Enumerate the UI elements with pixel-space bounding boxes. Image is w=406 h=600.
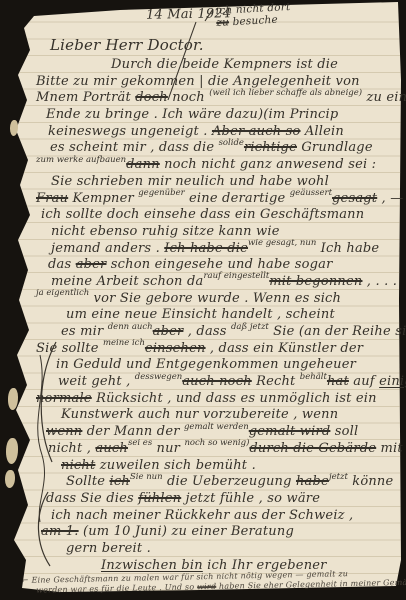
- text-segment: noch: [168, 90, 209, 105]
- text-segment: , dass ein Künstler der: [206, 341, 364, 356]
- text-segment: mit .: [376, 441, 406, 456]
- text-segment: durch die Gebärde: [249, 441, 376, 456]
- text-segment: Allein: [301, 124, 344, 139]
- handwritten-line: in Geduld und Entgegenkommen ungeheuer: [36, 357, 402, 374]
- text-segment: noch so wenig): [184, 438, 249, 448]
- text-segment: wenn: [46, 424, 82, 439]
- torn-edge-fleck: [10, 120, 18, 136]
- text-segment: aber: [153, 324, 184, 339]
- text-segment: wie gesagt, nun: [248, 238, 316, 248]
- text-segment: doch: [135, 90, 168, 105]
- text-segment: nicht ,: [48, 441, 95, 456]
- handwritten-line: jemand anders . Ich habe diewie gesagt, …: [36, 241, 402, 258]
- text-segment: gemalt wird: [249, 424, 331, 439]
- torn-edge-fleck: [8, 388, 18, 410]
- text-segment: gemalt werden: [184, 422, 249, 432]
- letter-body: Durch die beide Kempners ist dieBitte zu…: [36, 57, 402, 574]
- text-segment: jetzt fühle , so wäre: [181, 491, 320, 506]
- text-segment: soll: [330, 424, 358, 439]
- text-segment: behält: [300, 372, 327, 382]
- handwritten-line: Ende zu bringe . Ich wäre dazu)(im Princ…: [36, 107, 402, 124]
- text-segment: einsehen: [145, 341, 206, 356]
- text-segment: richtige: [244, 140, 297, 155]
- photo-background: 14 Mai 1924 ich nicht dortzu besuche Lie…: [0, 0, 406, 600]
- text-segment: Aber auch so: [212, 124, 301, 139]
- text-segment: gegenüber: [138, 188, 184, 198]
- text-segment: Rücksicht , und dass es unmöglich ist ei…: [92, 391, 377, 406]
- text-segment: Bitte zu mir gekommen | die Angelegenhei…: [36, 74, 360, 89]
- handwritten-line: zum werke aufbauendann noch nicht ganz a…: [36, 157, 402, 174]
- text-segment: schon eingesehe und habe sogar: [106, 257, 332, 272]
- text-segment: meine Arbeit schon da: [51, 274, 203, 289]
- text-segment: Durch die beide Kempners ist die: [111, 57, 338, 72]
- text-segment: zuweilen sich bemüht .: [95, 458, 255, 473]
- handwritten-line: ja eigentlich vor Sie gebore wurde . Wen…: [36, 291, 402, 308]
- text-segment: nur: [152, 441, 184, 456]
- text-segment: ja eigentlich: [36, 288, 89, 298]
- text-segment: auf: [349, 374, 379, 389]
- text-segment: Sie sollte: [36, 341, 103, 356]
- handwritten-line: weit geht , desswegenauch noch Recht beh…: [36, 374, 402, 391]
- text-segment: habe: [296, 474, 329, 489]
- text-segment: aber: [76, 257, 107, 272]
- torn-edge-fleck: [5, 470, 15, 488]
- handwritten-line: es mir denn auchaber , dass daß jetzt Si…: [36, 324, 402, 341]
- text-segment: eine derartige: [185, 191, 290, 206]
- text-segment: es mir: [61, 324, 108, 339]
- text-segment: daß jetzt: [231, 322, 269, 332]
- text-segment: fühlen: [138, 491, 181, 506]
- text-segment: auch: [95, 441, 128, 456]
- handwritten-line: meine Arbeit schon darauf eingestelltmit…: [36, 274, 402, 291]
- text-segment: Ich habe: [316, 241, 379, 256]
- text-segment: auch noch: [182, 374, 252, 389]
- text-segment: rauf eingestellt: [203, 271, 269, 281]
- text-segment: sei es: [128, 438, 152, 448]
- text-segment: zu: [216, 16, 229, 29]
- text-segment: besuche: [229, 14, 278, 29]
- text-segment: , dass: [183, 324, 231, 339]
- text-segment: das: [48, 257, 76, 272]
- text-segment: nicht ebenso ruhig sitze kann wie: [51, 224, 280, 239]
- text-segment: ich: [110, 474, 130, 489]
- text-segment: es scheint mir , dass die: [50, 140, 219, 155]
- text-segment: wird: [197, 581, 216, 590]
- text-segment: denn auch: [108, 322, 153, 332]
- text-segment: Kempner: [68, 191, 138, 206]
- text-segment: Sollte: [66, 474, 110, 489]
- handwritten-line: Sie schrieben mir neulich und habe wohl: [36, 174, 402, 191]
- handwritten-line: um eine neue Einsicht handelt , scheint: [36, 307, 402, 324]
- handwritten-line: ich nach meiner Rückkehr aus der Schweiz…: [36, 508, 402, 525]
- top-margin-insertion: ich nicht dortzu besuche: [215, 1, 291, 29]
- text-segment: (um 10 Juni) zu einer Beratung: [79, 524, 294, 539]
- handwritten-line: dass Sie dies fühlen jetzt fühle , so wä…: [36, 491, 402, 508]
- text-segment: , . . .: [362, 274, 397, 289]
- text-segment: ich nach meiner Rückkehr aus der Schweiz…: [51, 508, 353, 523]
- text-segment: mit begonnen: [269, 274, 362, 289]
- text-segment: könne: [348, 474, 393, 489]
- text-segment: Recht: [252, 374, 300, 389]
- text-segment: desswegen: [135, 372, 182, 382]
- text-segment: zu einem Befriedigenden: [362, 90, 406, 105]
- text-segment: die Ueberzeugung: [163, 474, 296, 489]
- text-segment: zum werke aufbauen: [36, 155, 126, 165]
- handwritten-line: nicht ebenso ruhig sitze kann wie: [36, 224, 402, 241]
- text-segment: Sie nun: [130, 472, 163, 482]
- text-segment: noch nicht ganz anwesend sei :: [160, 157, 376, 172]
- text-segment: dann: [126, 157, 160, 172]
- handwritten-line: Frau Kempner gegenüber eine derartige ge…: [36, 191, 402, 208]
- text-segment: dass Sie dies: [46, 491, 138, 506]
- text-segment: keineswegs ungeneigt .: [48, 124, 212, 139]
- text-segment: geäussert: [290, 188, 332, 198]
- text-segment: solide: [219, 138, 244, 148]
- handwritten-line: Mnem Porträt doch noch (weil ich lieber …: [36, 90, 402, 107]
- handwritten-line: Sie sollte meine icheinsehen , dass ein …: [36, 341, 402, 358]
- text-segment: jemand anders .: [51, 241, 164, 256]
- text-segment: nicht: [61, 458, 95, 473]
- handwritten-line: ich sollte doch einsehe dass ein Geschäf…: [36, 207, 402, 224]
- text-segment: hat: [327, 374, 349, 389]
- text-segment: einige: [379, 374, 406, 389]
- handwritten-line: Sollte ichSie nun die Ueberzeugung habej…: [36, 474, 402, 491]
- text-segment: Sie schrieben mir neulich und habe wohl: [51, 174, 329, 189]
- text-segment: Inzwischen bin: [101, 558, 203, 573]
- text-segment: der Mann der: [82, 424, 184, 439]
- handwritten-line: nicht , auchsei es nur noch so wenig)dur…: [36, 441, 402, 458]
- text-segment: Ich habe die: [164, 241, 248, 256]
- handwritten-line: Durch die beide Kempners ist die: [36, 57, 402, 74]
- salutation: Lieber Herr Doctor.: [50, 36, 204, 54]
- text-segment: normale: [36, 391, 92, 406]
- text-segment: Grundlage: [297, 140, 373, 155]
- text-segment: Frau: [36, 191, 68, 206]
- text-segment: um eine neue Einsicht handelt , scheint: [66, 307, 335, 322]
- text-segment: weit geht ,: [58, 374, 135, 389]
- text-segment: gern bereit .: [66, 541, 151, 556]
- torn-edge-fleck: [6, 438, 18, 464]
- text-segment: am 1.: [41, 524, 79, 539]
- text-segment: Ende zu bringe . Ich wäre dazu)(im Princ…: [46, 107, 338, 122]
- text-segment: , —: [377, 191, 403, 206]
- text-segment: Kunstwerk auch nur vorzubereite , wenn: [61, 407, 338, 422]
- handwritten-line: gern bereit .: [36, 541, 402, 558]
- text-segment: jetzt: [329, 472, 348, 482]
- text-segment: Mnem Porträt: [36, 90, 135, 105]
- text-segment: ich sollte doch einsehe dass ein Geschäf…: [41, 207, 364, 222]
- handwritten-line: normale Rücksicht , und dass es unmöglic…: [36, 391, 402, 408]
- text-segment: gesagt: [332, 191, 377, 206]
- text-segment: Sie (an der Reihe sind .: [269, 324, 406, 339]
- text-segment: in Geduld und Entgegenkommen ungeheuer: [56, 357, 356, 372]
- handwritten-line: am 1. (um 10 Juni) zu einer Beratung: [36, 524, 402, 541]
- text-segment: vor Sie gebore wurde . Wenn es sich: [89, 291, 341, 306]
- text-segment: meine ich: [103, 338, 145, 348]
- text-segment: (weil ich lieber schaffe als abneige): [209, 88, 362, 98]
